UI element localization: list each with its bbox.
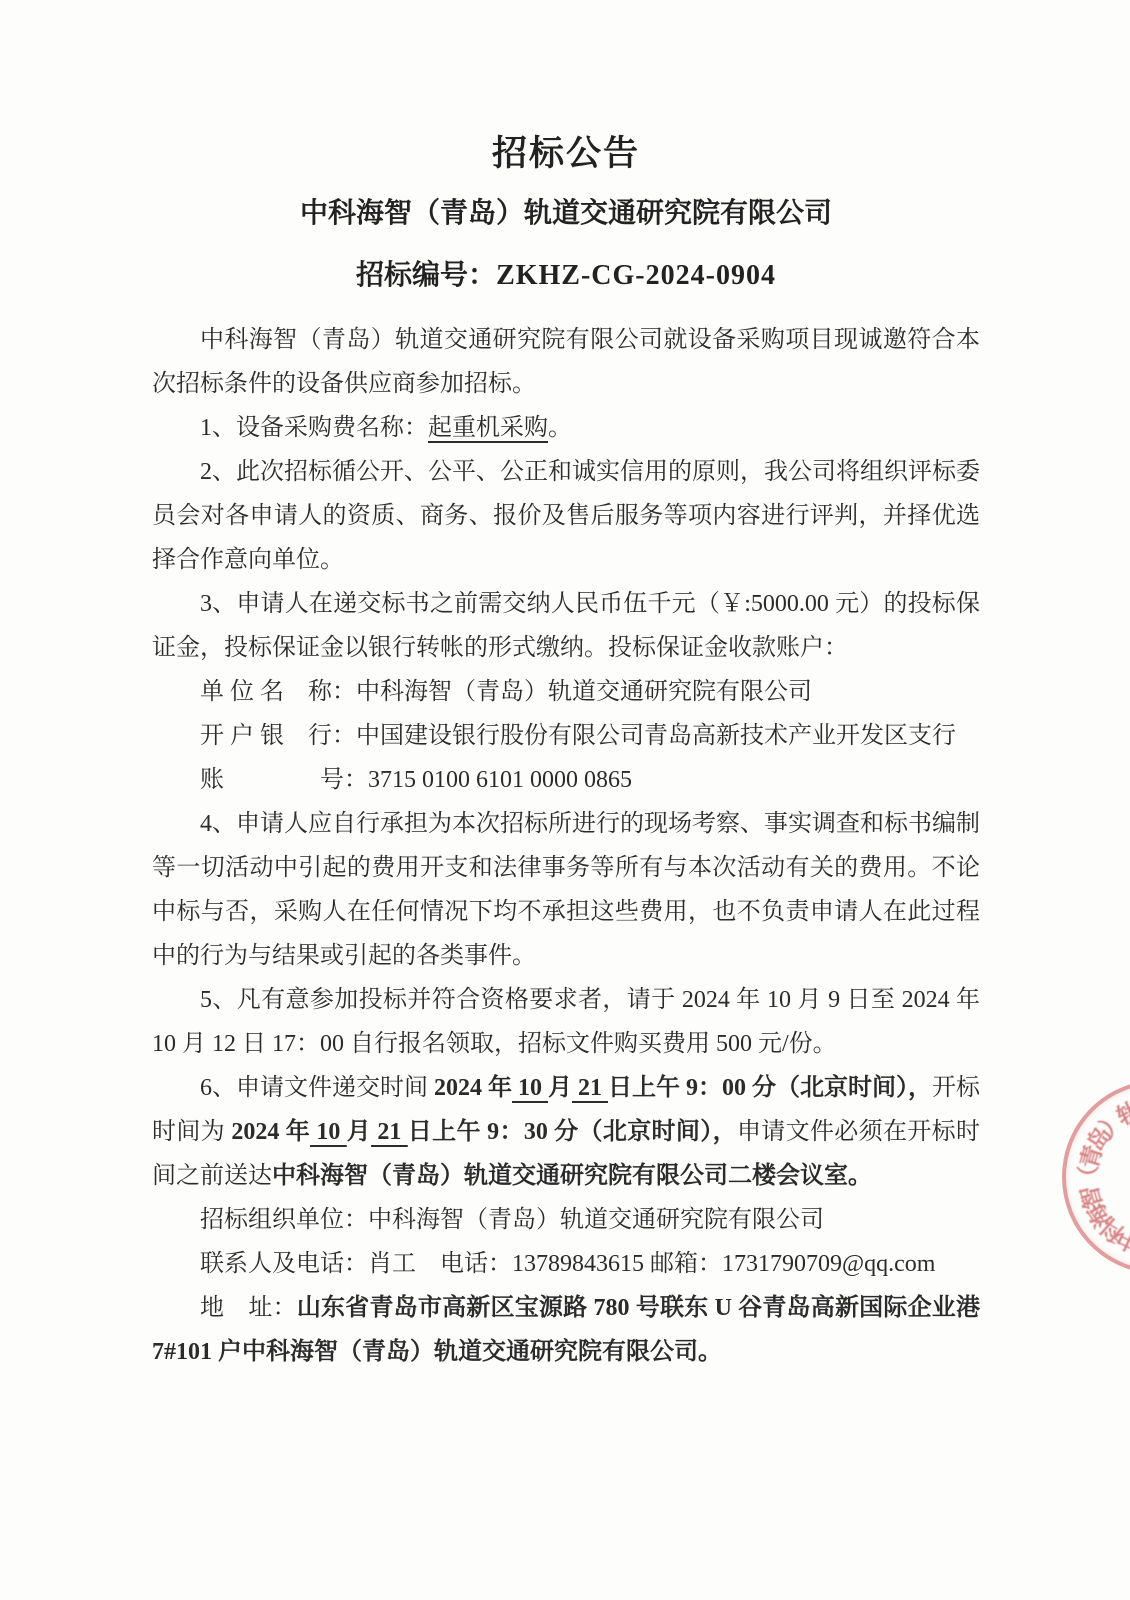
- tender-number-value: ZKHZ-CG-2024-0904: [496, 260, 776, 291]
- paragraph-11: 招标组织单位：中科海智（青岛）轨道交通研究院有限公司: [152, 1198, 980, 1242]
- text-run: 21: [371, 1119, 408, 1145]
- document-body: 中科海智（青岛）轨道交通研究院有限公司就设备采购项目现诚邀符合本次招标条件的设备…: [152, 318, 980, 1374]
- text-run: 中科海智（青岛）轨道交通研究院有限公司就设备采购项目现诚邀符合本次招标条件的设备…: [152, 327, 980, 397]
- seal-character: 青: [1076, 1141, 1108, 1173]
- seal-character: ）: [1094, 1106, 1130, 1143]
- text-run: 2024 年: [434, 1075, 512, 1101]
- paragraph-12: 联系人及电话：肖工 电话：13789843615 邮箱：1731790709@q…: [152, 1242, 980, 1286]
- seal-character: 智: [1076, 1180, 1108, 1212]
- text-run: 中科海智（青岛）轨道交通研究院有限公司二楼会议室。: [272, 1163, 872, 1189]
- document-content: 招标公告 中科海智（青岛）轨道交通研究院有限公司 招标编号：ZKHZ-CG-20…: [152, 130, 980, 1374]
- paragraph-3: 2、此次招标循公开、公平、公正和诚实信用的原则，我公司将组织评标委员会对各申请人…: [152, 450, 980, 582]
- text-run: 3、申请人在递交标书之前需交纳人民币伍千元（￥:5000.00 元）的投标保证金…: [152, 591, 980, 661]
- text-run: 月: [548, 1075, 572, 1101]
- paragraph-1: 中科海智（青岛）轨道交通研究院有限公司就设备采购项目现诚邀符合本次招标条件的设备…: [152, 318, 980, 406]
- text-run: 10: [512, 1075, 548, 1101]
- seal-ring: [1062, 1080, 1130, 1274]
- text-run: 招标组织单位：中科海智（青岛）轨道交通研究院有限公司: [200, 1207, 824, 1233]
- text-run: 地 址：: [200, 1295, 297, 1321]
- document-title: 招标公告: [152, 130, 980, 178]
- text-run: 4、申请人应自行承担为本次招标所进行的现场考察、事实调查和标书编制等一切活动中引…: [152, 811, 980, 969]
- paragraph-10: 6、申请文件递交时间 2024 年 10 月 21 日上午 9：00 分（北京时…: [152, 1066, 980, 1198]
- paragraph-13: 地 址：山东省青岛市高新区宝源路 780 号联东 U 谷青岛高新国际企业港 7#…: [152, 1286, 980, 1374]
- text-run: 1、设备采购费名称：: [200, 415, 428, 441]
- text-run: 单 位 名 称：中科海智（青岛）轨道交通研究院有限公司: [200, 679, 812, 705]
- paragraph-8: 4、申请人应自行承担为本次招标所进行的现场考察、事实调查和标书编制等一切活动中引…: [152, 802, 980, 978]
- text-run: 5、凡有意参加投标并符合资格要求者，请于 2024 年 10 月 9 日至 20…: [152, 987, 980, 1057]
- tender-number-label: 招标编号：: [356, 260, 496, 291]
- text-run: 2、此次招标循公开、公平、公正和诚实信用的原则，我公司将组织评标委员会对各申请人…: [152, 459, 980, 573]
- text-run: 21: [572, 1075, 608, 1101]
- text-run: 月: [347, 1119, 371, 1145]
- document-page: 招标公告 中科海智（青岛）轨道交通研究院有限公司 招标编号：ZKHZ-CG-20…: [0, 0, 1130, 1600]
- text-run: 2024 年: [231, 1119, 310, 1145]
- text-run: 开 户 银 行：中国建设银行股份有限公司青岛高新技术产业开发区支行: [200, 723, 956, 749]
- text-run: 日上午 9：30 分（北京时间），: [408, 1119, 737, 1145]
- tender-number-heading: 招标编号：ZKHZ-CG-2024-0904: [152, 254, 980, 298]
- text-run: 账 号：3715 0100 6101 0000 0865: [200, 767, 632, 793]
- paragraph-7: 账 号：3715 0100 6101 0000 0865: [152, 758, 980, 802]
- seal-character: （: [1076, 1164, 1102, 1190]
- paragraph-4: 3、申请人在递交标书之前需交纳人民币伍千元（￥:5000.00 元）的投标保证金…: [152, 582, 980, 670]
- text-run: 10: [310, 1119, 347, 1145]
- text-run: 6、申请文件递交时间: [200, 1075, 434, 1101]
- text-run: 起重机采购: [428, 415, 548, 441]
- seal-character: 科: [1094, 1211, 1130, 1248]
- seal-character: 中: [1112, 1223, 1130, 1258]
- document-company-heading: 中科海智（青岛）轨道交通研究院有限公司: [152, 192, 980, 236]
- text-run: 。: [548, 415, 572, 441]
- paragraph-5: 单 位 名 称：中科海智（青岛）轨道交通研究院有限公司: [152, 670, 980, 714]
- paragraph-2: 1、设备采购费名称：起重机采购。: [152, 406, 980, 450]
- seal-character: 轨: [1112, 1096, 1130, 1131]
- text-run: 日上午 9：00 分（北京时间），: [608, 1075, 932, 1101]
- text-run: 联系人及电话：肖工 电话：13789843615 邮箱：1731790709@q…: [200, 1251, 935, 1277]
- seal-character: 海: [1082, 1197, 1118, 1233]
- paragraph-9: 5、凡有意参加投标并符合资格要求者，请于 2024 年 10 月 9 日至 20…: [152, 978, 980, 1066]
- company-seal-stamp: 中科海智（青岛）轨: [1062, 1080, 1130, 1274]
- seal-character: 岛: [1082, 1121, 1118, 1157]
- paragraph-6: 开 户 银 行：中国建设银行股份有限公司青岛高新技术产业开发区支行: [152, 714, 980, 758]
